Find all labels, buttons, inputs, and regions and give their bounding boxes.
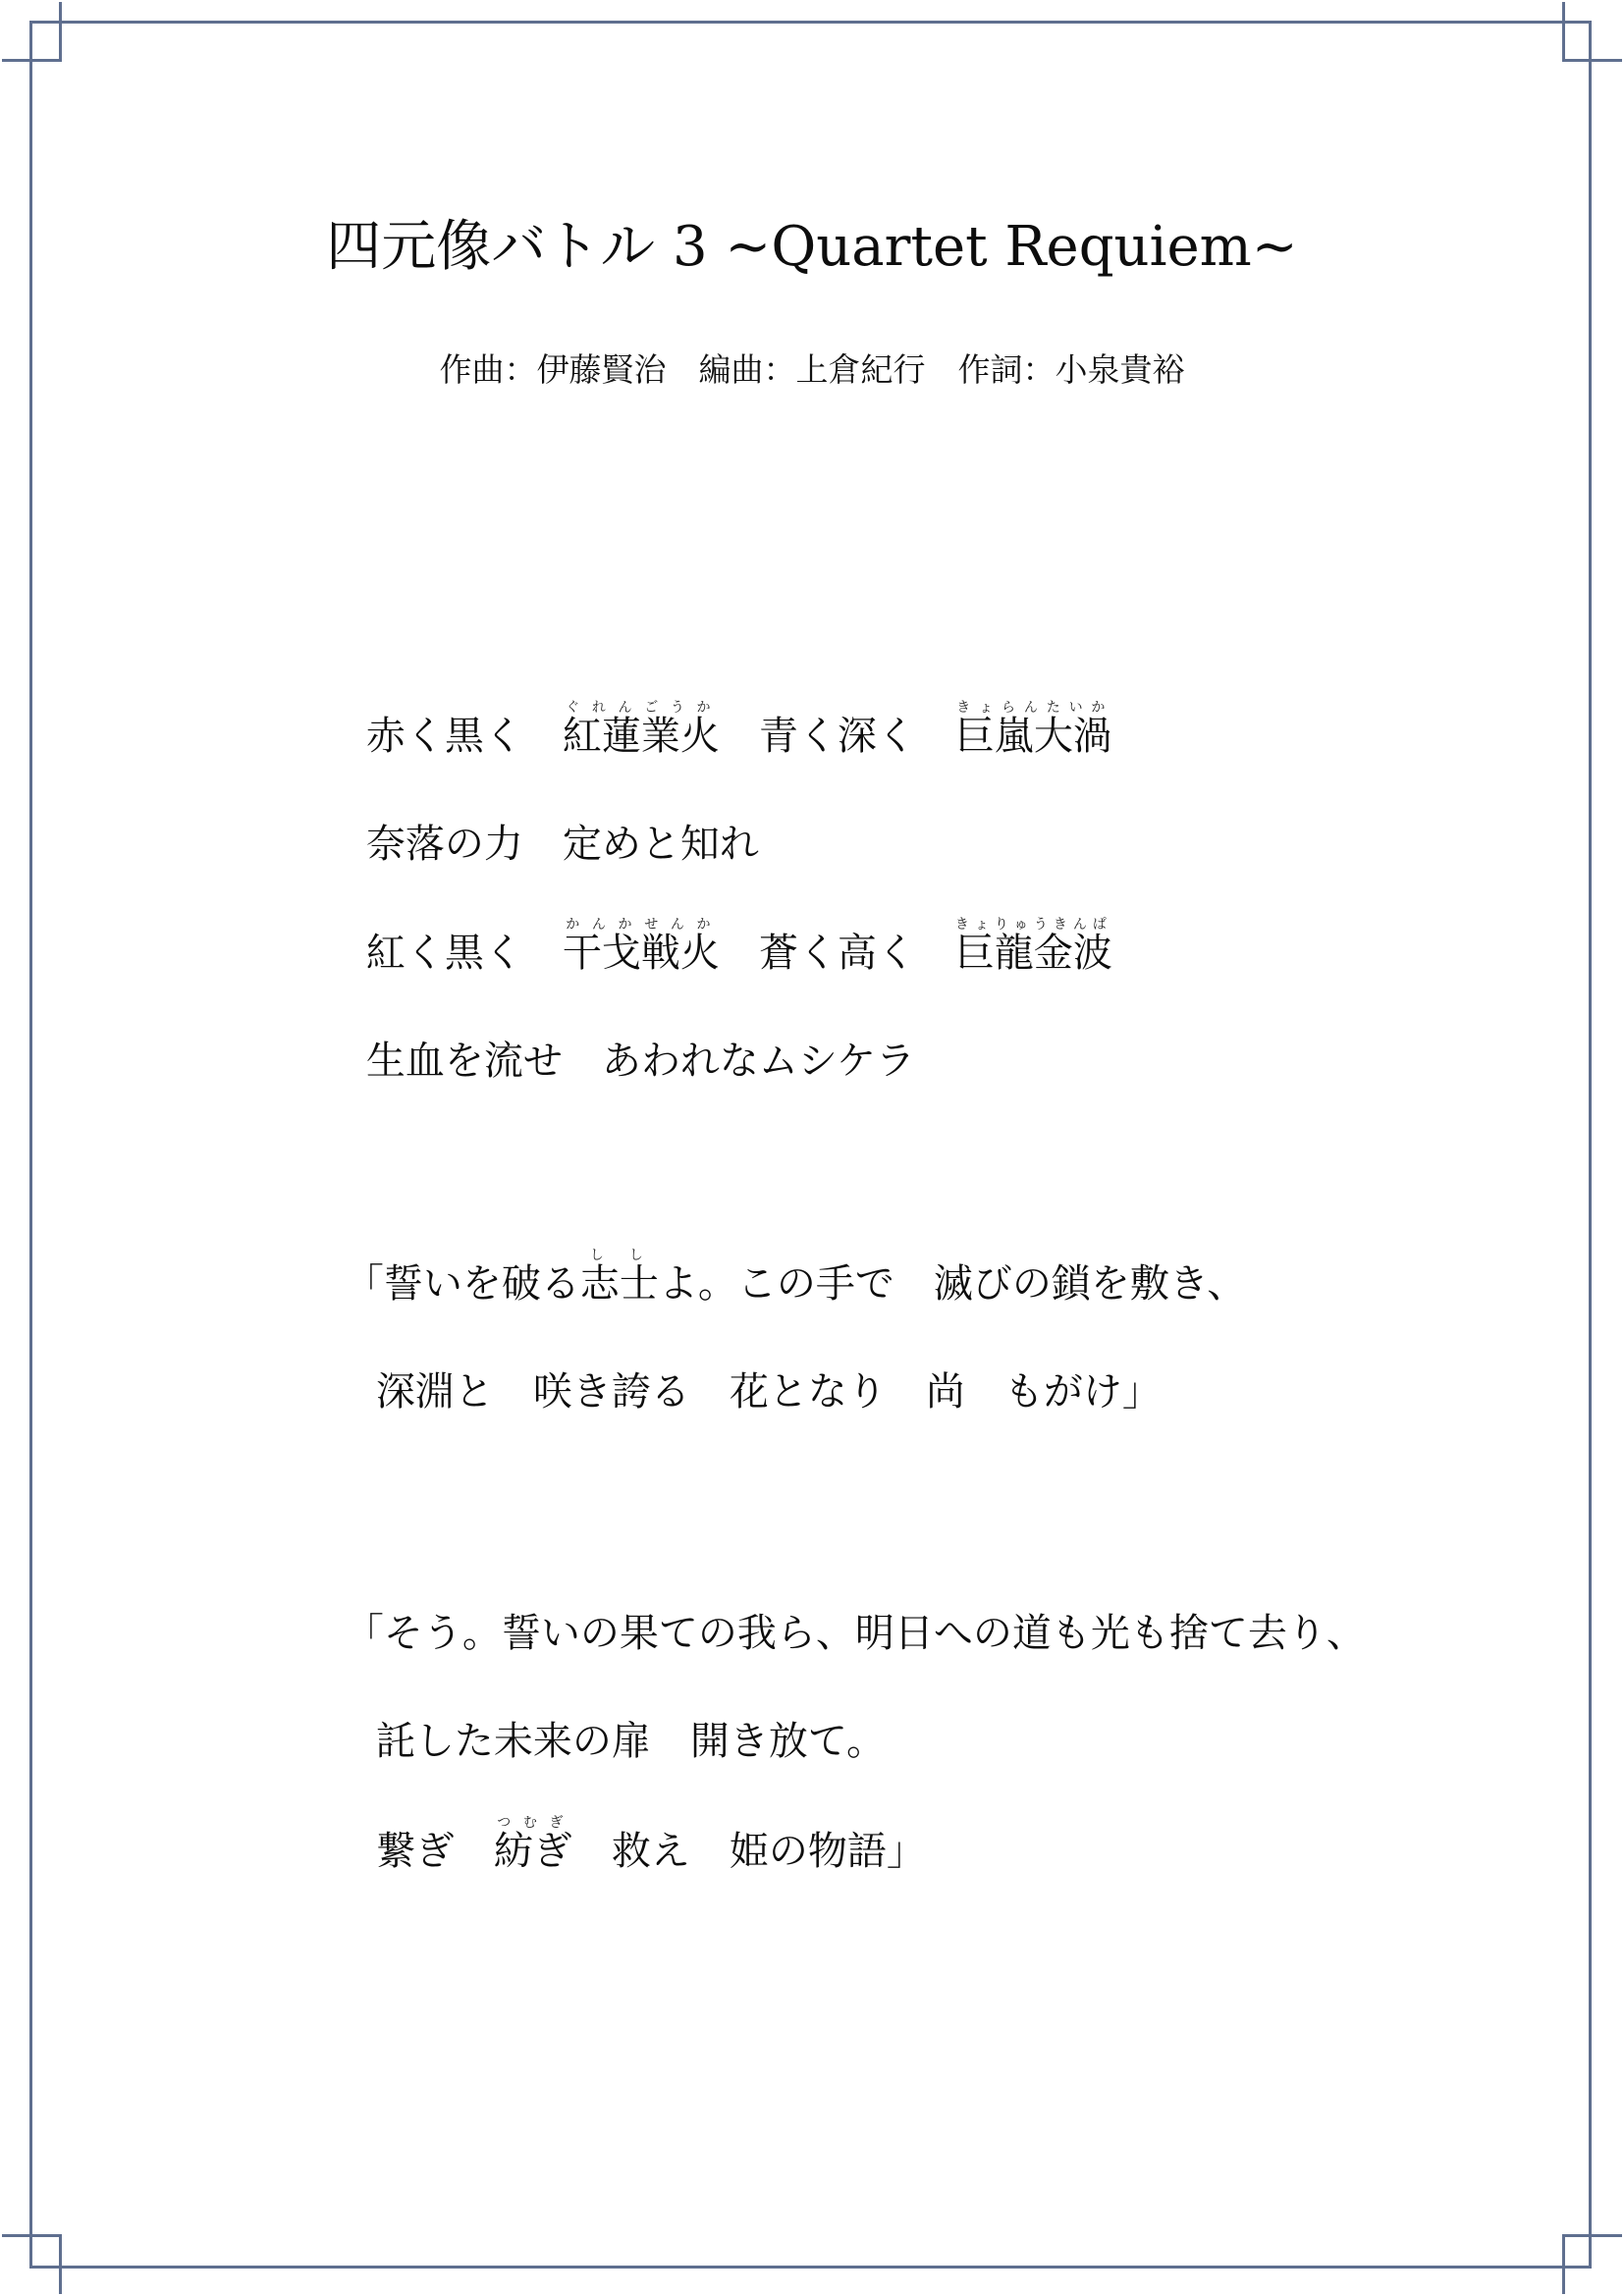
lyric-text: 奈落の力 定めと知れ xyxy=(366,822,759,867)
lyric-text: 繋ぎ xyxy=(376,1829,494,1874)
furigana: しし xyxy=(580,1248,659,1263)
verse-line-4: 生血を流せ あわれなムシケラ xyxy=(316,973,915,1149)
ruby-word: 紅蓮業火ぐれんごうか xyxy=(563,714,720,759)
furigana: ぐれんごうか xyxy=(563,700,720,716)
furigana: きょりゅうきんぱ xyxy=(955,917,1112,933)
ruby-word: 志士しし xyxy=(580,1261,659,1307)
song-title: 四元像バトル 3 ~Quartet Requiem~ xyxy=(0,208,1624,287)
lyric-text: 深淵と 咲き誇る 花となり 尚 もがけ」 xyxy=(376,1369,1162,1415)
lyric-text: 赤く黒く xyxy=(366,714,563,759)
frame-bottom-border xyxy=(29,2266,1592,2269)
lyric-text: 生血を流せ あわれなムシケラ xyxy=(366,1039,915,1084)
lyric-text: 紅く黒く xyxy=(366,931,563,976)
ruby-word: 巨嵐大渦きょらんたいか xyxy=(955,714,1112,759)
lyric-text: 「誓いを破る xyxy=(345,1261,580,1307)
corner-ornament-bottom-left xyxy=(2,2234,62,2294)
corner-ornament-top-left xyxy=(2,2,62,62)
furigana: きょらんたいか xyxy=(955,700,1112,716)
lyric-text: 蒼く高く xyxy=(720,931,955,976)
corner-ornament-bottom-right xyxy=(1562,2234,1622,2294)
frame-top-border xyxy=(29,21,1592,24)
song-credits: 作曲：伊藤賢治 編曲：上倉紀行 作詞：小泉貴裕 xyxy=(0,346,1624,395)
dialogue-2-line-3: 繋ぎ 紡ぎつむぎ 救え 姫の物語」 xyxy=(326,1763,926,1940)
lyric-text: 青く深く xyxy=(720,714,955,759)
ruby-word: 紡ぎつむぎ xyxy=(494,1829,572,1874)
lyric-text: よ。この手で 滅びの鎖を敷き、 xyxy=(659,1261,1246,1307)
lyric-text: 「そう。誓いの果ての我ら、明日への道も光も捨て去り、 xyxy=(345,1611,1366,1656)
corner-ornament-top-right xyxy=(1562,2,1622,62)
furigana: つむぎ xyxy=(494,1815,572,1831)
ruby-word: 巨龍金波きょりゅうきんぱ xyxy=(955,931,1112,976)
lyric-text: 託した未来の扉 開き放て。 xyxy=(376,1719,886,1764)
dialogue-1-line-2: 深淵と 咲き誇る 花となり 尚 もがけ」 xyxy=(326,1304,1162,1480)
furigana: かんかせんか xyxy=(563,917,720,933)
lyric-text: 救え 姫の物語」 xyxy=(572,1829,926,1874)
ruby-word: 干戈戦火かんかせんか xyxy=(563,931,720,976)
